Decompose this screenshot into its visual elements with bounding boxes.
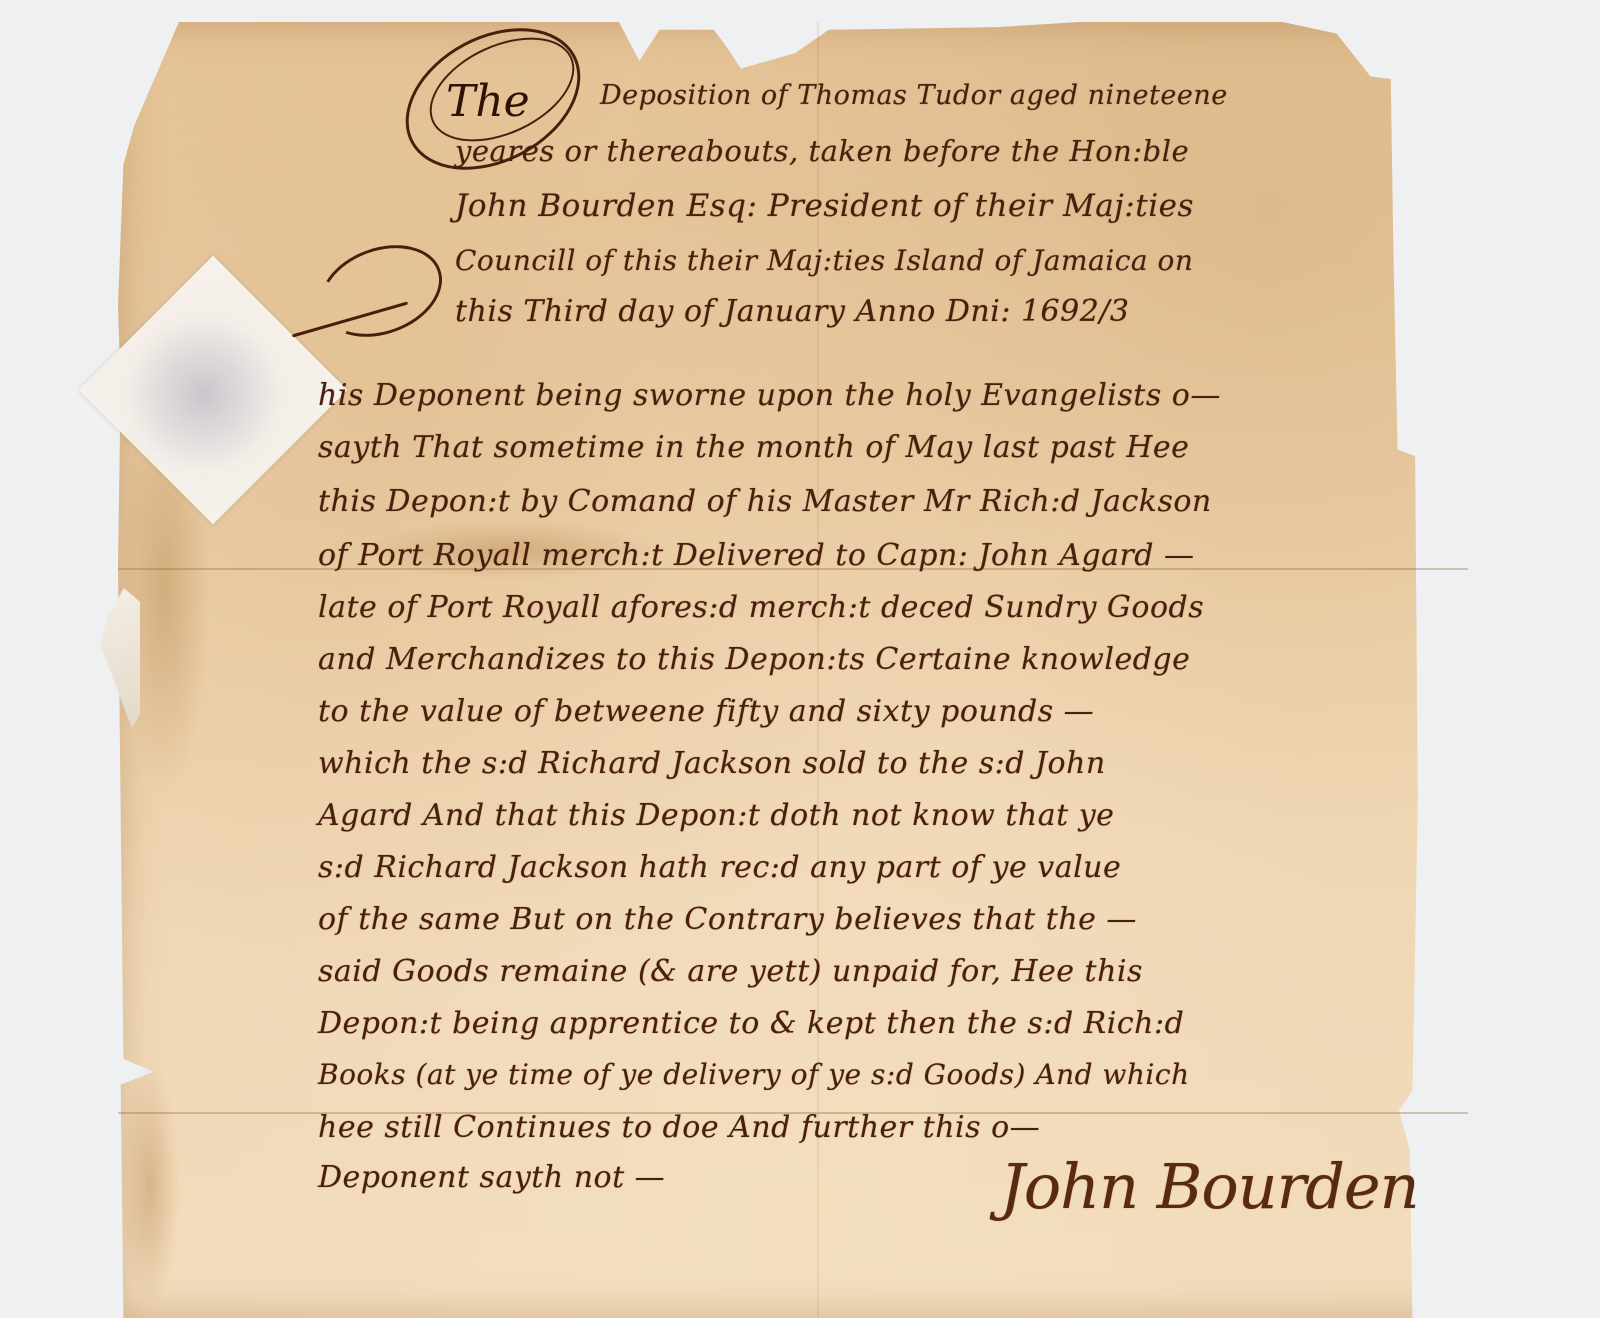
heading-line-3: John Bourden Esq: President of their Maj… bbox=[455, 188, 1194, 224]
body-line-12: said Goods remaine (& are yett) unpaid f… bbox=[318, 954, 1143, 989]
body-line-4: of Port Royall merch:t Delivered to Capn… bbox=[318, 538, 1195, 573]
body-line-10: s:d Richard Jackson hath rec:d any part … bbox=[318, 850, 1121, 885]
heading-initial: The bbox=[446, 76, 530, 127]
body-line-8: which the s:d Richard Jackson sold to th… bbox=[318, 746, 1106, 781]
signature: John Bourden bbox=[1000, 1150, 1419, 1223]
body-line-7: to the value of betweene fifty and sixty… bbox=[318, 694, 1094, 729]
water-stain bbox=[120, 1060, 180, 1310]
body-line-15: hee still Continues to doe And further t… bbox=[318, 1110, 1040, 1145]
body-line-9: Agard And that this Depon:t doth not kno… bbox=[318, 798, 1114, 833]
body-line-1: his Deponent being sworne upon the holy … bbox=[318, 378, 1221, 413]
body-line-11: of the same But on the Contrary believes… bbox=[318, 902, 1137, 937]
heading-line-5: this Third day of January Anno Dni: 1692… bbox=[455, 294, 1130, 329]
body-line-2: sayth That sometime in the month of May … bbox=[318, 430, 1189, 465]
body-line-14: Books (at ye time of ye delivery of ye s… bbox=[318, 1058, 1190, 1091]
body-line-16: Deponent sayth not — bbox=[318, 1160, 665, 1195]
body-line-13: Depon:t being apprentice to & kept then … bbox=[318, 1006, 1184, 1041]
body-line-6: and Merchandizes to this Depon:ts Certai… bbox=[318, 642, 1190, 677]
heading-line-4: Councill of this their Maj:ties Island o… bbox=[455, 244, 1193, 277]
body-line-3: this Depon:t by Comand of his Master Mr … bbox=[318, 484, 1212, 519]
body-line-5: late of Port Royall afores:d merch:t dec… bbox=[318, 590, 1204, 625]
heading-line-2: yeares or thereabouts, taken before the … bbox=[455, 134, 1189, 168]
heading-line-1: Deposition of Thomas Tudor aged nineteen… bbox=[600, 80, 1228, 111]
